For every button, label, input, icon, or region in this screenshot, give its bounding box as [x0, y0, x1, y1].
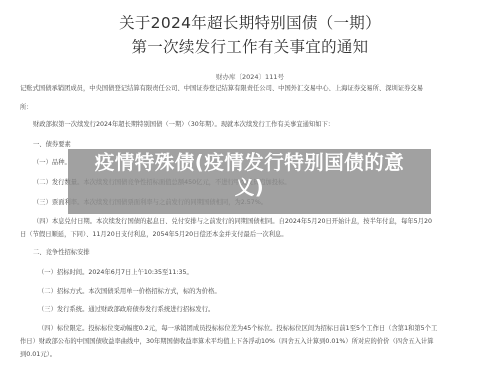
caption-line1: 疫情特殊债(疫情发行特别国债的意 [68, 150, 431, 175]
section1-heading: 一、债券要素 [33, 140, 71, 149]
document-number: 财办库〔2024〕111号 [0, 72, 500, 81]
intro-paragraph: 财政部拟第一次续发行2024年超长期特别国债（一期）（30年期）。现就本次续发行… [33, 120, 334, 129]
s2-item4-line2: 作日）财政部公布的中国国债收益率曲线中，30年期国债收益率算术平均值上下各浮动1… [20, 337, 434, 346]
s2-item1: （一）招标时间。2024年6月7日上午10:35至11:35。 [38, 268, 193, 277]
document-title-line2: 第一次续发行工作有关事宜的通知 [0, 35, 500, 57]
caption-text: 疫情特殊债(疫情发行特别国债的意 义) [68, 150, 431, 200]
s1-item4-line2: 日（节假日顺延，下同）、11月20日支付利息，2054年5月20日偿还本金并支付… [20, 230, 288, 239]
s2-item3: （三）发行系统。通过财政部政府债券发行系统进行招标发行。 [38, 305, 214, 314]
section2-heading: 二、竞争性招标安排 [33, 248, 90, 257]
document-title-line1: 关于2024年超长期特别国债（一期） [0, 11, 500, 33]
s1-item4-line1: （四）本息兑付日期。本次续发行国债的起息日、兑付安排与之前发行的同期国债相同。自… [33, 217, 432, 226]
s2-item4-line1: （四）标位限定。投标标位变动幅度0.2元，每一承销团成员投标标位差为45个标位。… [38, 324, 437, 333]
s1-item1: （一）品种。 [33, 158, 71, 167]
caption-line2: 义) [68, 175, 431, 200]
addressee-line1: 记账式国债承销团成员，中央国债登记结算有限责任公司、中国证券登记结算有限责任公司… [20, 84, 423, 93]
addressee-line2: 所： [20, 103, 33, 112]
s2-item2: （二）招标方式。本次国债采用单一价格招标方式，标的为价格。 [38, 287, 221, 296]
s2-item4-line3: 到0.01元）。 [20, 350, 56, 359]
